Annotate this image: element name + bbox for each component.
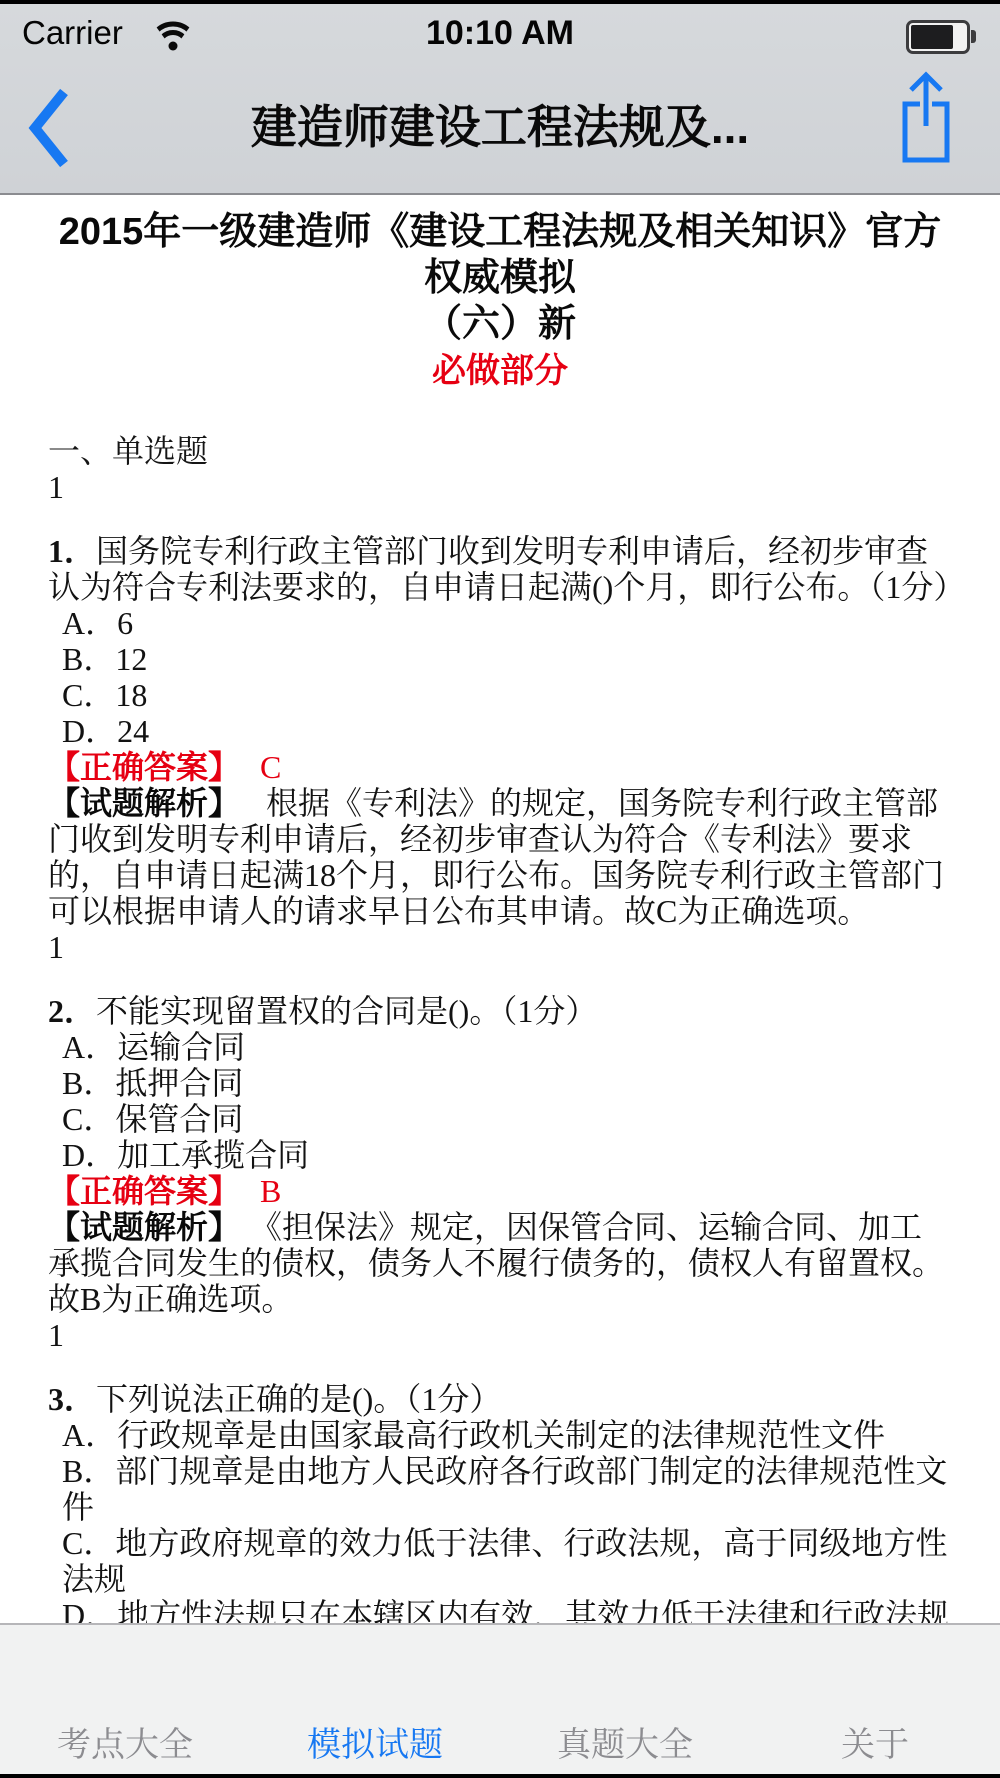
answer-line: 【正确答案】C — [48, 749, 952, 785]
option-row: C．18 — [62, 677, 952, 713]
page-marker: 1 — [48, 929, 952, 965]
analysis: 【试题解析】《担保法》规定，因保管合同、运输合同、加工承揽合同发生的债权，债务人… — [48, 1209, 952, 1317]
back-button[interactable] — [26, 86, 74, 170]
option-row: A．6 — [62, 605, 952, 641]
app-screen: Carrier 10:10 AM — [0, 0, 1000, 1778]
header: Carrier 10:10 AM — [0, 4, 1000, 195]
question-block: 2．不能实现留置权的合同是()。（1分） A．运输合同 B．抵押合同 C．保管合… — [48, 993, 952, 1353]
question-stem: 3．下列说法正确的是()。（1分） — [48, 1381, 952, 1417]
option-row: A．运输合同 — [62, 1029, 952, 1065]
question-number: 1． — [48, 533, 96, 569]
question-number: 2． — [48, 993, 96, 1029]
options-list: A．行政规章是由国家最高行政机关制定的法律规范性文件 B．部门规章是由地方人民政… — [48, 1417, 952, 1623]
option-row: A．行政规章是由国家最高行政机关制定的法律规范性文件 — [62, 1417, 952, 1453]
chevron-left-icon — [26, 86, 74, 170]
tab-item-zhenti[interactable]: 真题大全 — [500, 1726, 750, 1774]
share-icon — [892, 68, 958, 168]
option-row: D．加工承揽合同 — [62, 1137, 952, 1173]
analysis: 【试题解析】根据《专利法》的规定，国务院专利行政主管部门收到发明专利申请后，经初… — [48, 785, 952, 929]
time-label: 10:10 AM — [0, 14, 1000, 53]
option-row: C．保管合同 — [62, 1101, 952, 1137]
page-marker: 1 — [48, 1317, 952, 1353]
answer-value: B — [260, 1173, 281, 1209]
analysis-label: 【试题解析】 — [48, 785, 240, 821]
doc-subtitle: 必做部分 — [48, 351, 952, 391]
question-number: 3． — [48, 1381, 96, 1417]
tab-item-moni[interactable]: 模拟试题 — [250, 1726, 500, 1774]
page-marker: 1 — [48, 469, 952, 505]
document-scroll-area[interactable]: 2015年一级建造师《建设工程法规及相关知识》官方权威模拟（六）新 必做部分 一… — [0, 195, 1000, 1623]
status-bar: Carrier 10:10 AM — [0, 4, 1000, 62]
share-button[interactable] — [892, 68, 958, 168]
answer-value: C — [260, 749, 281, 785]
options-list: A．运输合同 B．抵押合同 C．保管合同 D．加工承揽合同 — [48, 1029, 952, 1173]
screen-bottom-edge — [0, 1774, 1000, 1778]
options-list: A．6 B．12 C．18 D．24 — [48, 605, 952, 749]
question-block: 3．下列说法正确的是()。（1分） A．行政规章是由国家最高行政机关制定的法律规… — [48, 1381, 952, 1623]
tab-item-kaodian[interactable]: 考点大全 — [0, 1726, 250, 1774]
question-stem: 1．国务院专利行政主管部门收到发明专利申请后，经初步审查认为符合专利法要求的，自… — [48, 533, 952, 605]
screen-top-edge — [0, 0, 1000, 4]
analysis-label: 【试题解析】 — [48, 1209, 240, 1245]
answer-label: 【正确答案】 — [48, 749, 240, 785]
option-row: D．24 — [62, 713, 952, 749]
doc-title: 2015年一级建造师《建设工程法规及相关知识》官方权威模拟（六）新 — [48, 209, 952, 347]
option-row: B．抵押合同 — [62, 1065, 952, 1101]
question-block: 1．国务院专利行政主管部门收到发明专利申请后，经初步审查认为符合专利法要求的，自… — [48, 533, 952, 965]
tab-bar: 考点大全 模拟试题 真题大全 关于 — [0, 1623, 1000, 1774]
option-row: B．12 — [62, 641, 952, 677]
nav-title: 建造师建设工程法规及... — [110, 62, 890, 193]
answer-line: 【正确答案】B — [48, 1173, 952, 1209]
answer-label: 【正确答案】 — [48, 1173, 240, 1209]
section-heading: 一、单选题 — [48, 433, 952, 469]
battery-icon — [906, 20, 970, 54]
option-row: D．地方性法规只在本辖区内有效，其效力低于法律和行政法规 — [62, 1597, 952, 1623]
option-row: B．部门规章是由地方人民政府各行政部门制定的法律规范性文件 — [62, 1453, 952, 1525]
tab-item-about[interactable]: 关于 — [750, 1726, 1000, 1774]
question-stem: 2．不能实现留置权的合同是()。（1分） — [48, 993, 952, 1029]
option-row: C．地方政府规章的效力低于法律、行政法规，高于同级地方性法规 — [62, 1525, 952, 1597]
nav-bar: 建造师建设工程法规及... — [0, 62, 1000, 193]
